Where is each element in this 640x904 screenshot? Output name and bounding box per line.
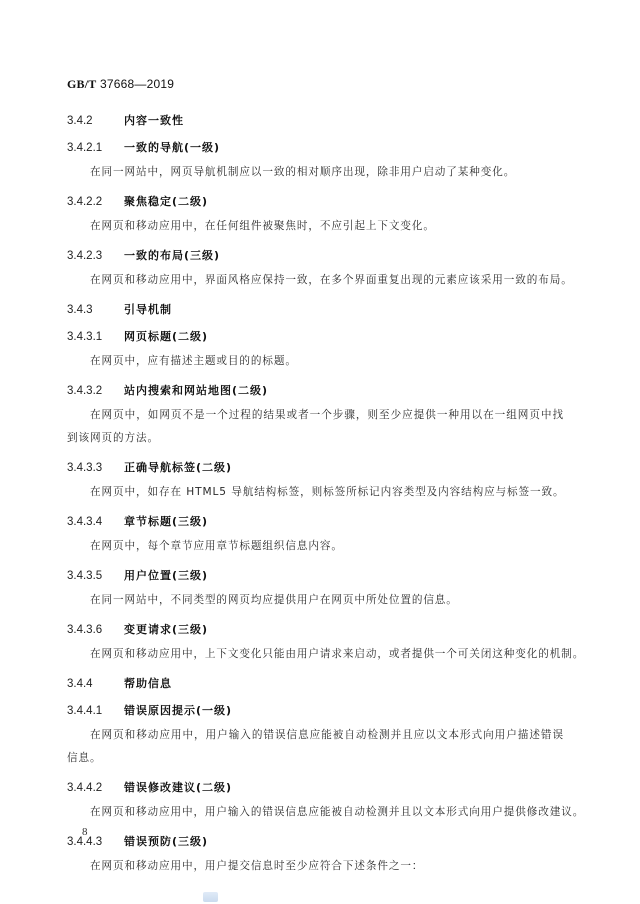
section-number: 3.4.3: [67, 302, 124, 318]
clause-title: 一致的导航(一级): [124, 140, 220, 156]
clause-heading: 3.4.3.6 变更请求(三级): [67, 616, 564, 643]
clause-number: 3.4.3.6: [67, 622, 124, 638]
clause-number: 3.4.4.3: [67, 834, 124, 850]
clause-title: 章节标题(三级): [124, 514, 208, 530]
clause-title: 错误预防(三级): [124, 834, 208, 850]
clause-title: 用户位置(三级): [124, 568, 208, 584]
clause-title: 一致的布局(三级): [124, 248, 220, 264]
clause-number: 3.4.4.2: [67, 780, 124, 796]
section-title: 内容一致性: [124, 113, 184, 129]
clause-text: 在网页和移动应用中，用户输入的错误信息应能被自动检测并且以文本形式向用户提供修改…: [67, 801, 564, 824]
section-heading: 3.4.2 内容一致性: [67, 107, 564, 134]
clause-text: 在同一网站中，不同类型的网页均应提供用户在网页中所处位置的信息。: [67, 589, 564, 612]
clause-title: 聚焦稳定(二级): [124, 194, 208, 210]
clause-number: 3.4.3.3: [67, 460, 124, 476]
clause-number: 3.4.2.1: [67, 140, 124, 156]
clause-heading: 3.4.2.2 聚焦稳定(二级): [67, 188, 564, 215]
clause-number: 3.4.3.4: [67, 514, 124, 530]
clause-heading: 3.4.2.3 一致的布局(三级): [67, 242, 564, 269]
clause-number: 3.4.3.5: [67, 568, 124, 584]
clause-heading: 3.4.3.1 网页标题(二级): [67, 323, 564, 350]
clause-text: 在网页和移动应用中，用户输入的错误信息应能被自动检测并且应以文本形式向用户描述错…: [67, 724, 564, 770]
clause-heading: 3.4.4.2 错误修改建议(二级): [67, 774, 564, 801]
clause-text: 在网页中，每个章节应用章节标题组织信息内容。: [67, 535, 564, 558]
standard-header: GB/T 37668—2019: [67, 77, 174, 92]
clause-heading: 3.4.2.1 一致的导航(一级): [67, 134, 564, 161]
clause-number: 3.4.3.1: [67, 329, 124, 345]
clause-text: 在网页和移动应用中，上下文变化只能由用户请求来启动，或者提供一个可关闭这种变化的…: [67, 643, 564, 666]
section-title: 帮助信息: [124, 676, 172, 692]
clause-heading: 3.4.3.5 用户位置(三级): [67, 562, 564, 589]
scan-artifact: [203, 892, 218, 902]
clause-number: 3.4.2.2: [67, 194, 124, 210]
clause-number: 3.4.4.1: [67, 703, 124, 719]
clause-text: 在网页中，如存在 HTML5 导航结构标签，则标签所标记内容类型及内容结构应与标…: [67, 481, 564, 504]
standard-number: 37668—2019: [100, 77, 174, 91]
clause-heading: 3.4.3.4 章节标题(三级): [67, 508, 564, 535]
clause-text: 在网页和移动应用中，用户提交信息时至少应符合下述条件之一：: [67, 855, 564, 878]
clause-title: 正确导航标签(二级): [124, 460, 232, 476]
clause-text: 在网页中，应有描述主题或目的的标题。: [67, 350, 564, 373]
clause-title: 错误原因提示(一级): [124, 703, 232, 719]
section-heading: 3.4.3 引导机制: [67, 296, 564, 323]
section-heading: 3.4.4 帮助信息: [67, 670, 564, 697]
clause-heading: 3.4.3.2 站内搜索和网站地图(二级): [67, 377, 564, 404]
page-number: 8: [82, 826, 88, 838]
standard-code: GB/T: [67, 77, 96, 91]
clause-heading: 3.4.4.1 错误原因提示(一级): [67, 697, 564, 724]
section-title: 引导机制: [124, 302, 172, 318]
clause-title: 网页标题(二级): [124, 329, 208, 345]
document-page: GB/T 37668—2019 3.4.2 内容一致性 3.4.2.1 一致的导…: [0, 0, 640, 904]
document-body: 3.4.2 内容一致性 3.4.2.1 一致的导航(一级) 在同一网站中，网页导…: [67, 107, 564, 882]
clause-title: 站内搜索和网站地图(二级): [124, 383, 268, 399]
clause-title: 错误修改建议(二级): [124, 780, 232, 796]
clause-number: 3.4.3.2: [67, 383, 124, 399]
clause-text: 在同一网站中，网页导航机制应以一致的相对顺序出现，除非用户启动了某种变化。: [67, 161, 564, 184]
clause-text: 在网页中，如网页不是一个过程的结果或者一个步骤，则至少应提供一种用以在一组网页中…: [67, 404, 564, 450]
clause-heading: 3.4.4.3 错误预防(三级): [67, 828, 564, 855]
clause-title: 变更请求(三级): [124, 622, 208, 638]
clause-heading: 3.4.3.3 正确导航标签(二级): [67, 454, 564, 481]
clause-text: 在网页和移动应用中，界面风格应保持一致，在多个界面重复出现的元素应该采用一致的布…: [67, 269, 564, 292]
section-number: 3.4.4: [67, 676, 124, 692]
clause-text: 在网页和移动应用中，在任何组件被聚焦时，不应引起上下文变化。: [67, 215, 564, 238]
clause-number: 3.4.2.3: [67, 248, 124, 264]
section-number: 3.4.2: [67, 113, 124, 129]
